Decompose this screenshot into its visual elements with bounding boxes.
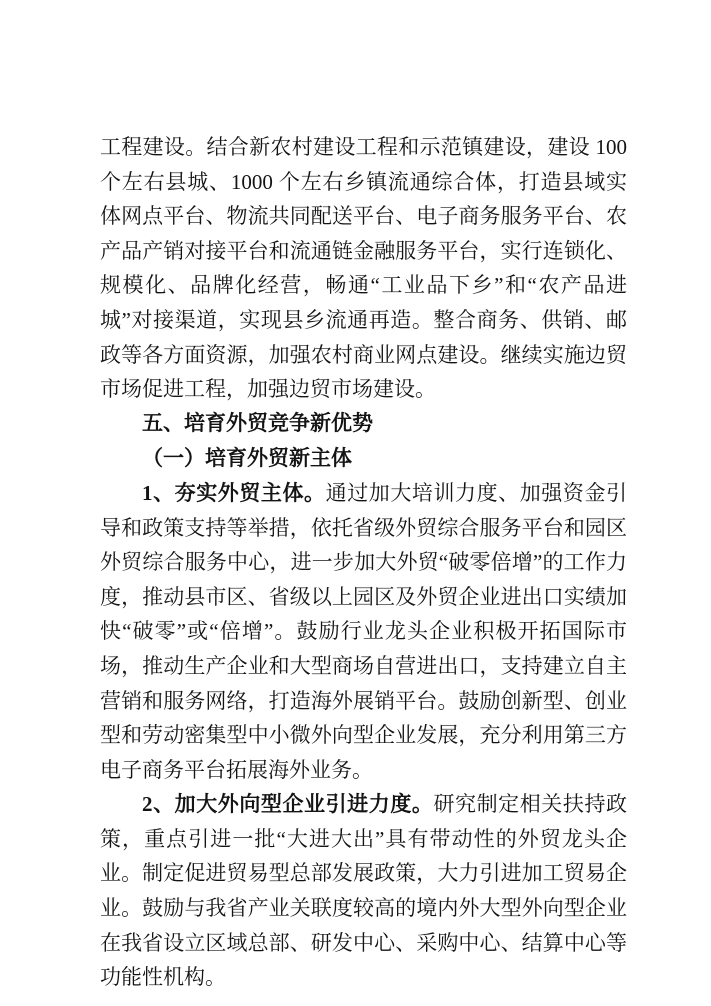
section-heading: 五、培育外贸竞争新优势	[100, 407, 627, 442]
paragraph-numbered-1: 1、夯实外贸主体。通过加大培训力度、加强资金引导和政策支持等举措，依托省级外贸综…	[100, 476, 627, 787]
paragraph-numbered-2: 2、加大外向型企业引进力度。研究制定相关扶持政策，重点引进一批“大进大出”具有带…	[100, 787, 627, 995]
paragraph-lead: 2、加大外向型企业引进力度。	[142, 792, 433, 816]
paragraph-text: 研究制定相关扶持政策，重点引进一批“大进大出”具有带动性的外贸龙头企业。制定促进…	[100, 792, 627, 989]
paragraph-text: 通过加大培训力度、加强资金引导和政策支持等举措，依托省级外贸综合服务平台和园区外…	[100, 481, 627, 782]
document-page: 工程建设。结合新农村建设工程和示范镇建设，建设 100 个左右县城、1000 个…	[0, 0, 711, 1006]
paragraph-text: 工程建设。结合新农村建设工程和示范镇建设，建设 100 个左右县城、1000 个…	[100, 135, 627, 401]
paragraph-continuation: 工程建设。结合新农村建设工程和示范镇建设，建设 100 个左右县城、1000 个…	[100, 130, 627, 407]
paragraph-lead: 1、夯实外贸主体。	[142, 481, 326, 505]
subsection-heading: （一）培育外贸新主体	[100, 441, 627, 476]
